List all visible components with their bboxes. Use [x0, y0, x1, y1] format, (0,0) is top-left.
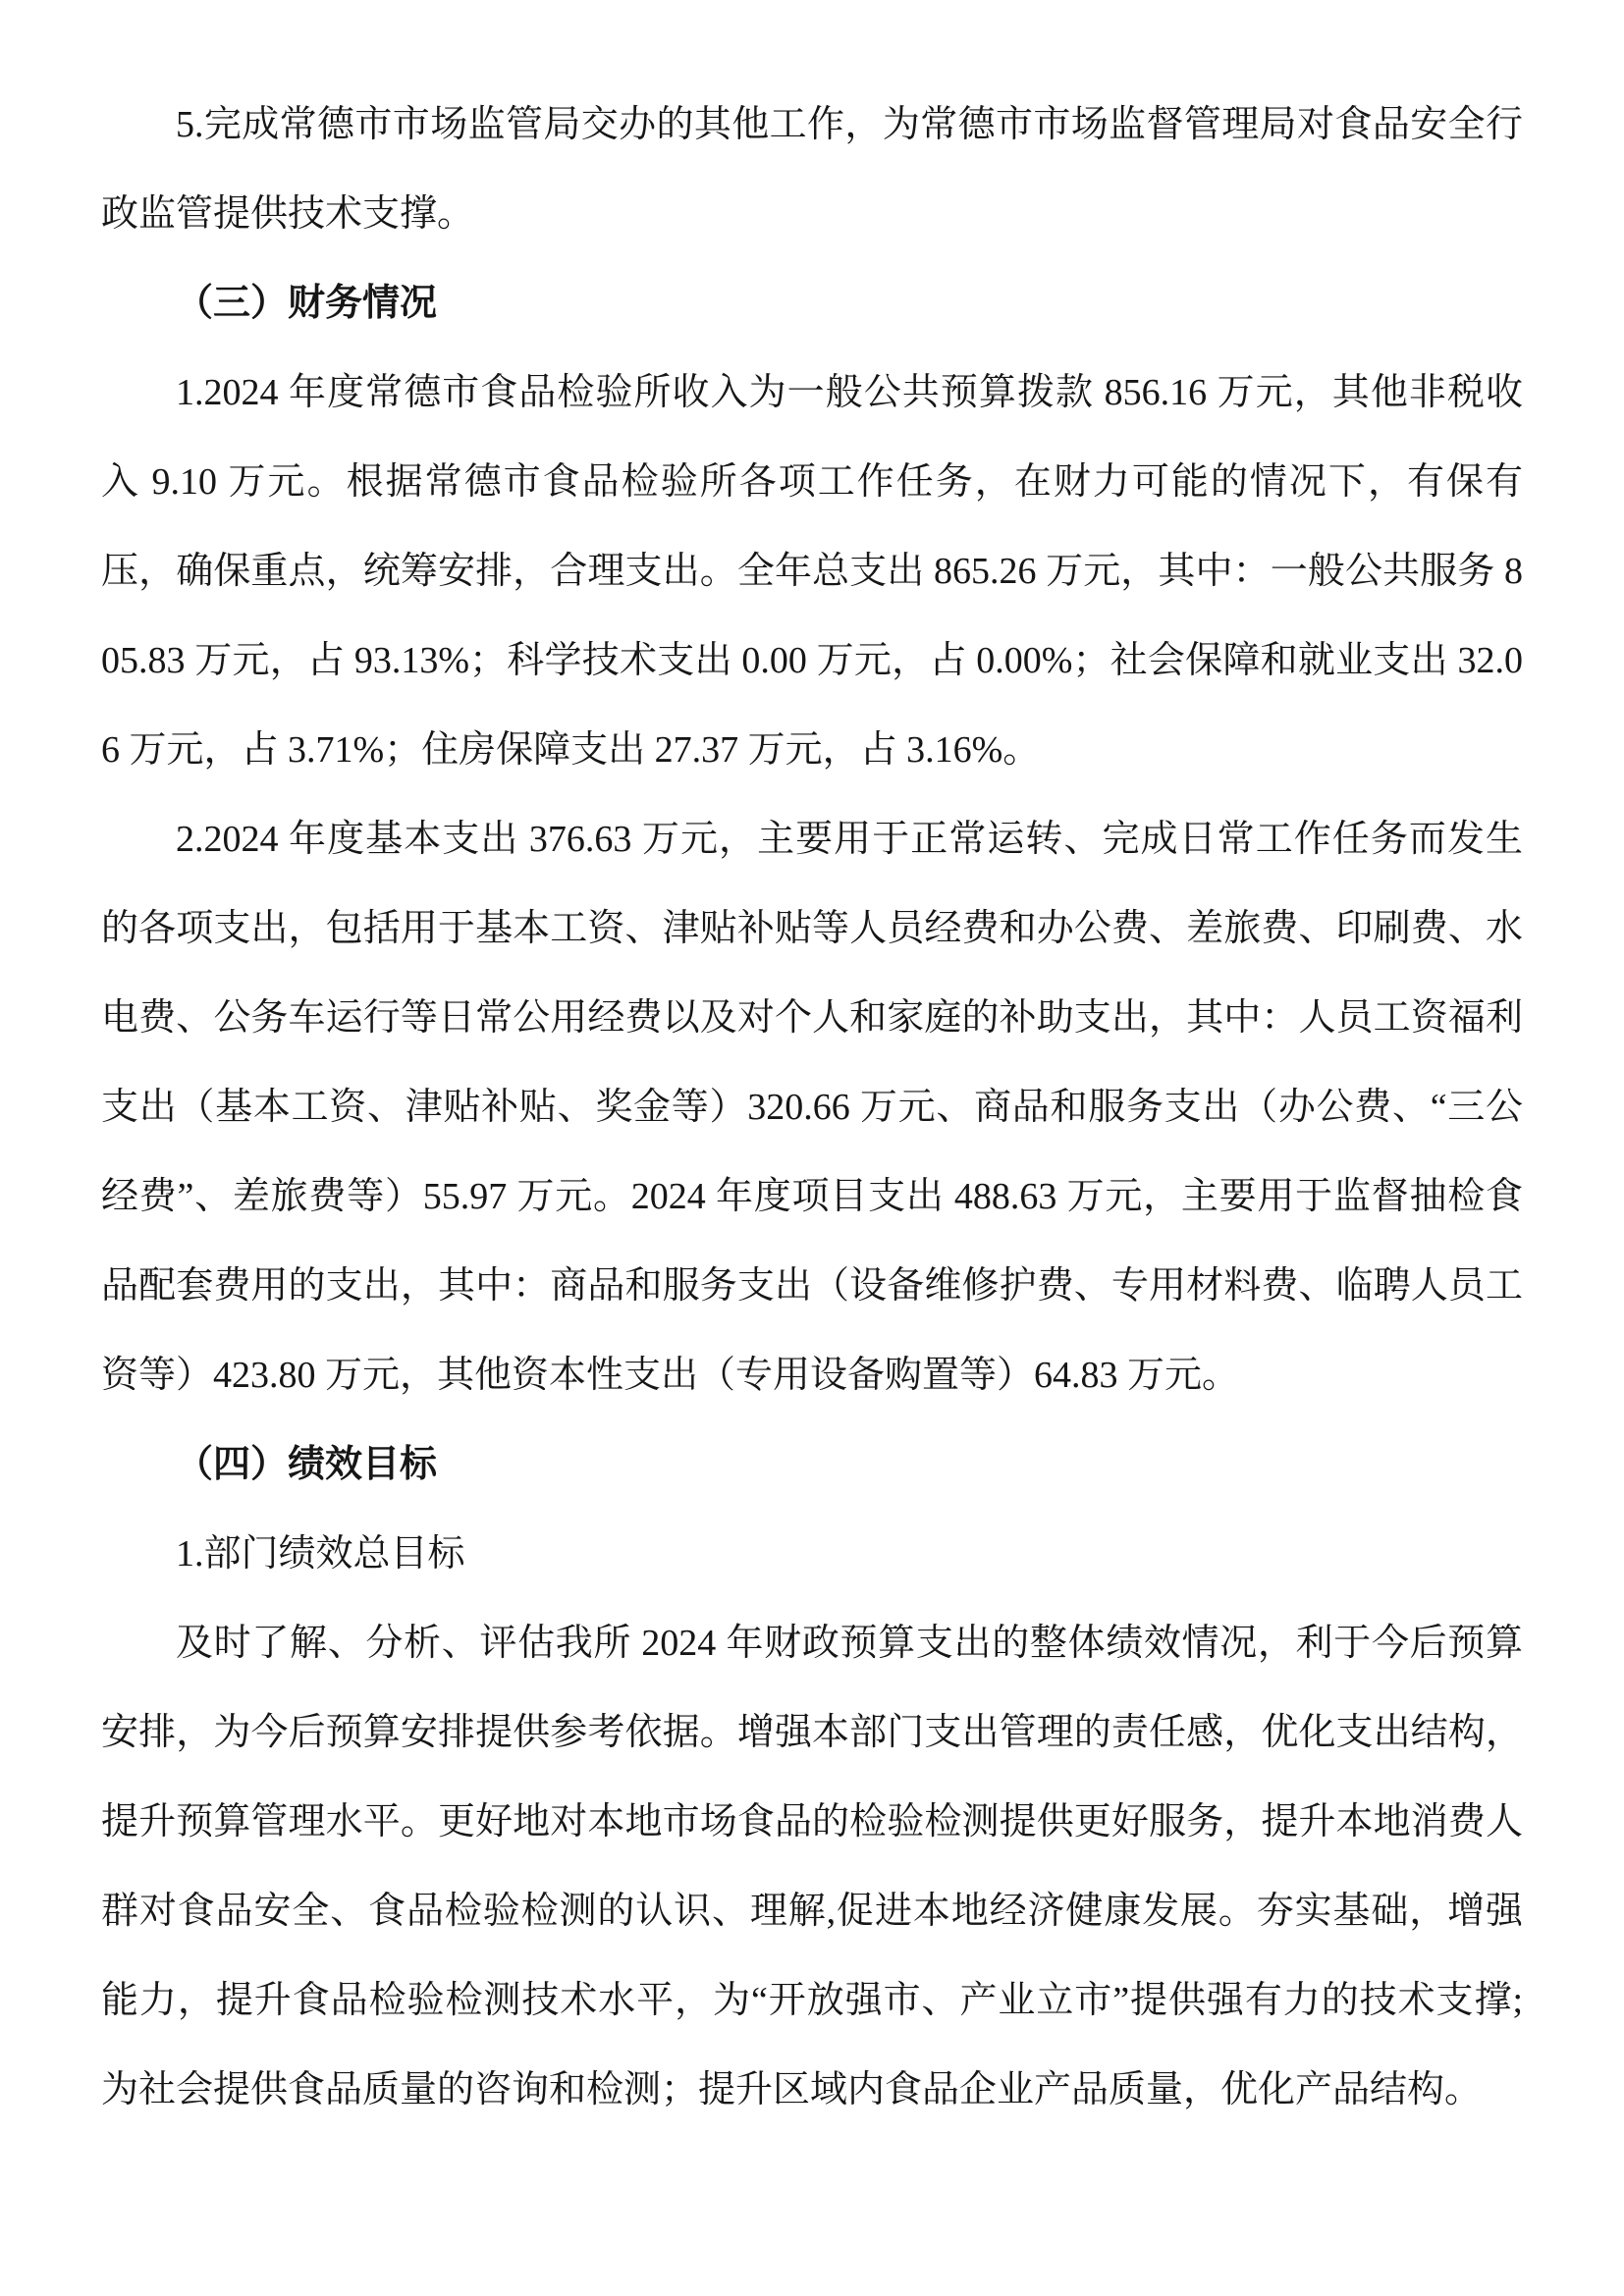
paragraph-goal-detail: 及时了解、分析、评估我所 2024 年财政预算支出的整体绩效情况，利于今后预算安…	[101, 1599, 1523, 2135]
section-heading-finance: （三）财务情况	[101, 259, 1523, 348]
paragraph-basic-project-expense: 2.2024 年度基本支出 376.63 万元，主要用于正常运转、完成日常工作任…	[101, 795, 1523, 1420]
paragraph-income-expense: 1.2024 年度常德市食品检验所收入为一般公共预算拨款 856.16 万元，其…	[101, 348, 1523, 795]
section-heading-performance-goal: （四）绩效目标	[101, 1420, 1523, 1510]
document-page: 5.完成常德市市场监管局交办的其他工作，为常德市市场监督管理局对食品安全行政监管…	[0, 0, 1624, 2296]
document-body: 5.完成常德市市场监管局交办的其他工作，为常德市市场监督管理局对食品安全行政监管…	[101, 80, 1523, 2135]
subheading-department-goal: 1.部门绩效总目标	[101, 1510, 1523, 1599]
paragraph-other-work: 5.完成常德市市场监管局交办的其他工作，为常德市市场监督管理局对食品安全行政监管…	[101, 80, 1523, 259]
